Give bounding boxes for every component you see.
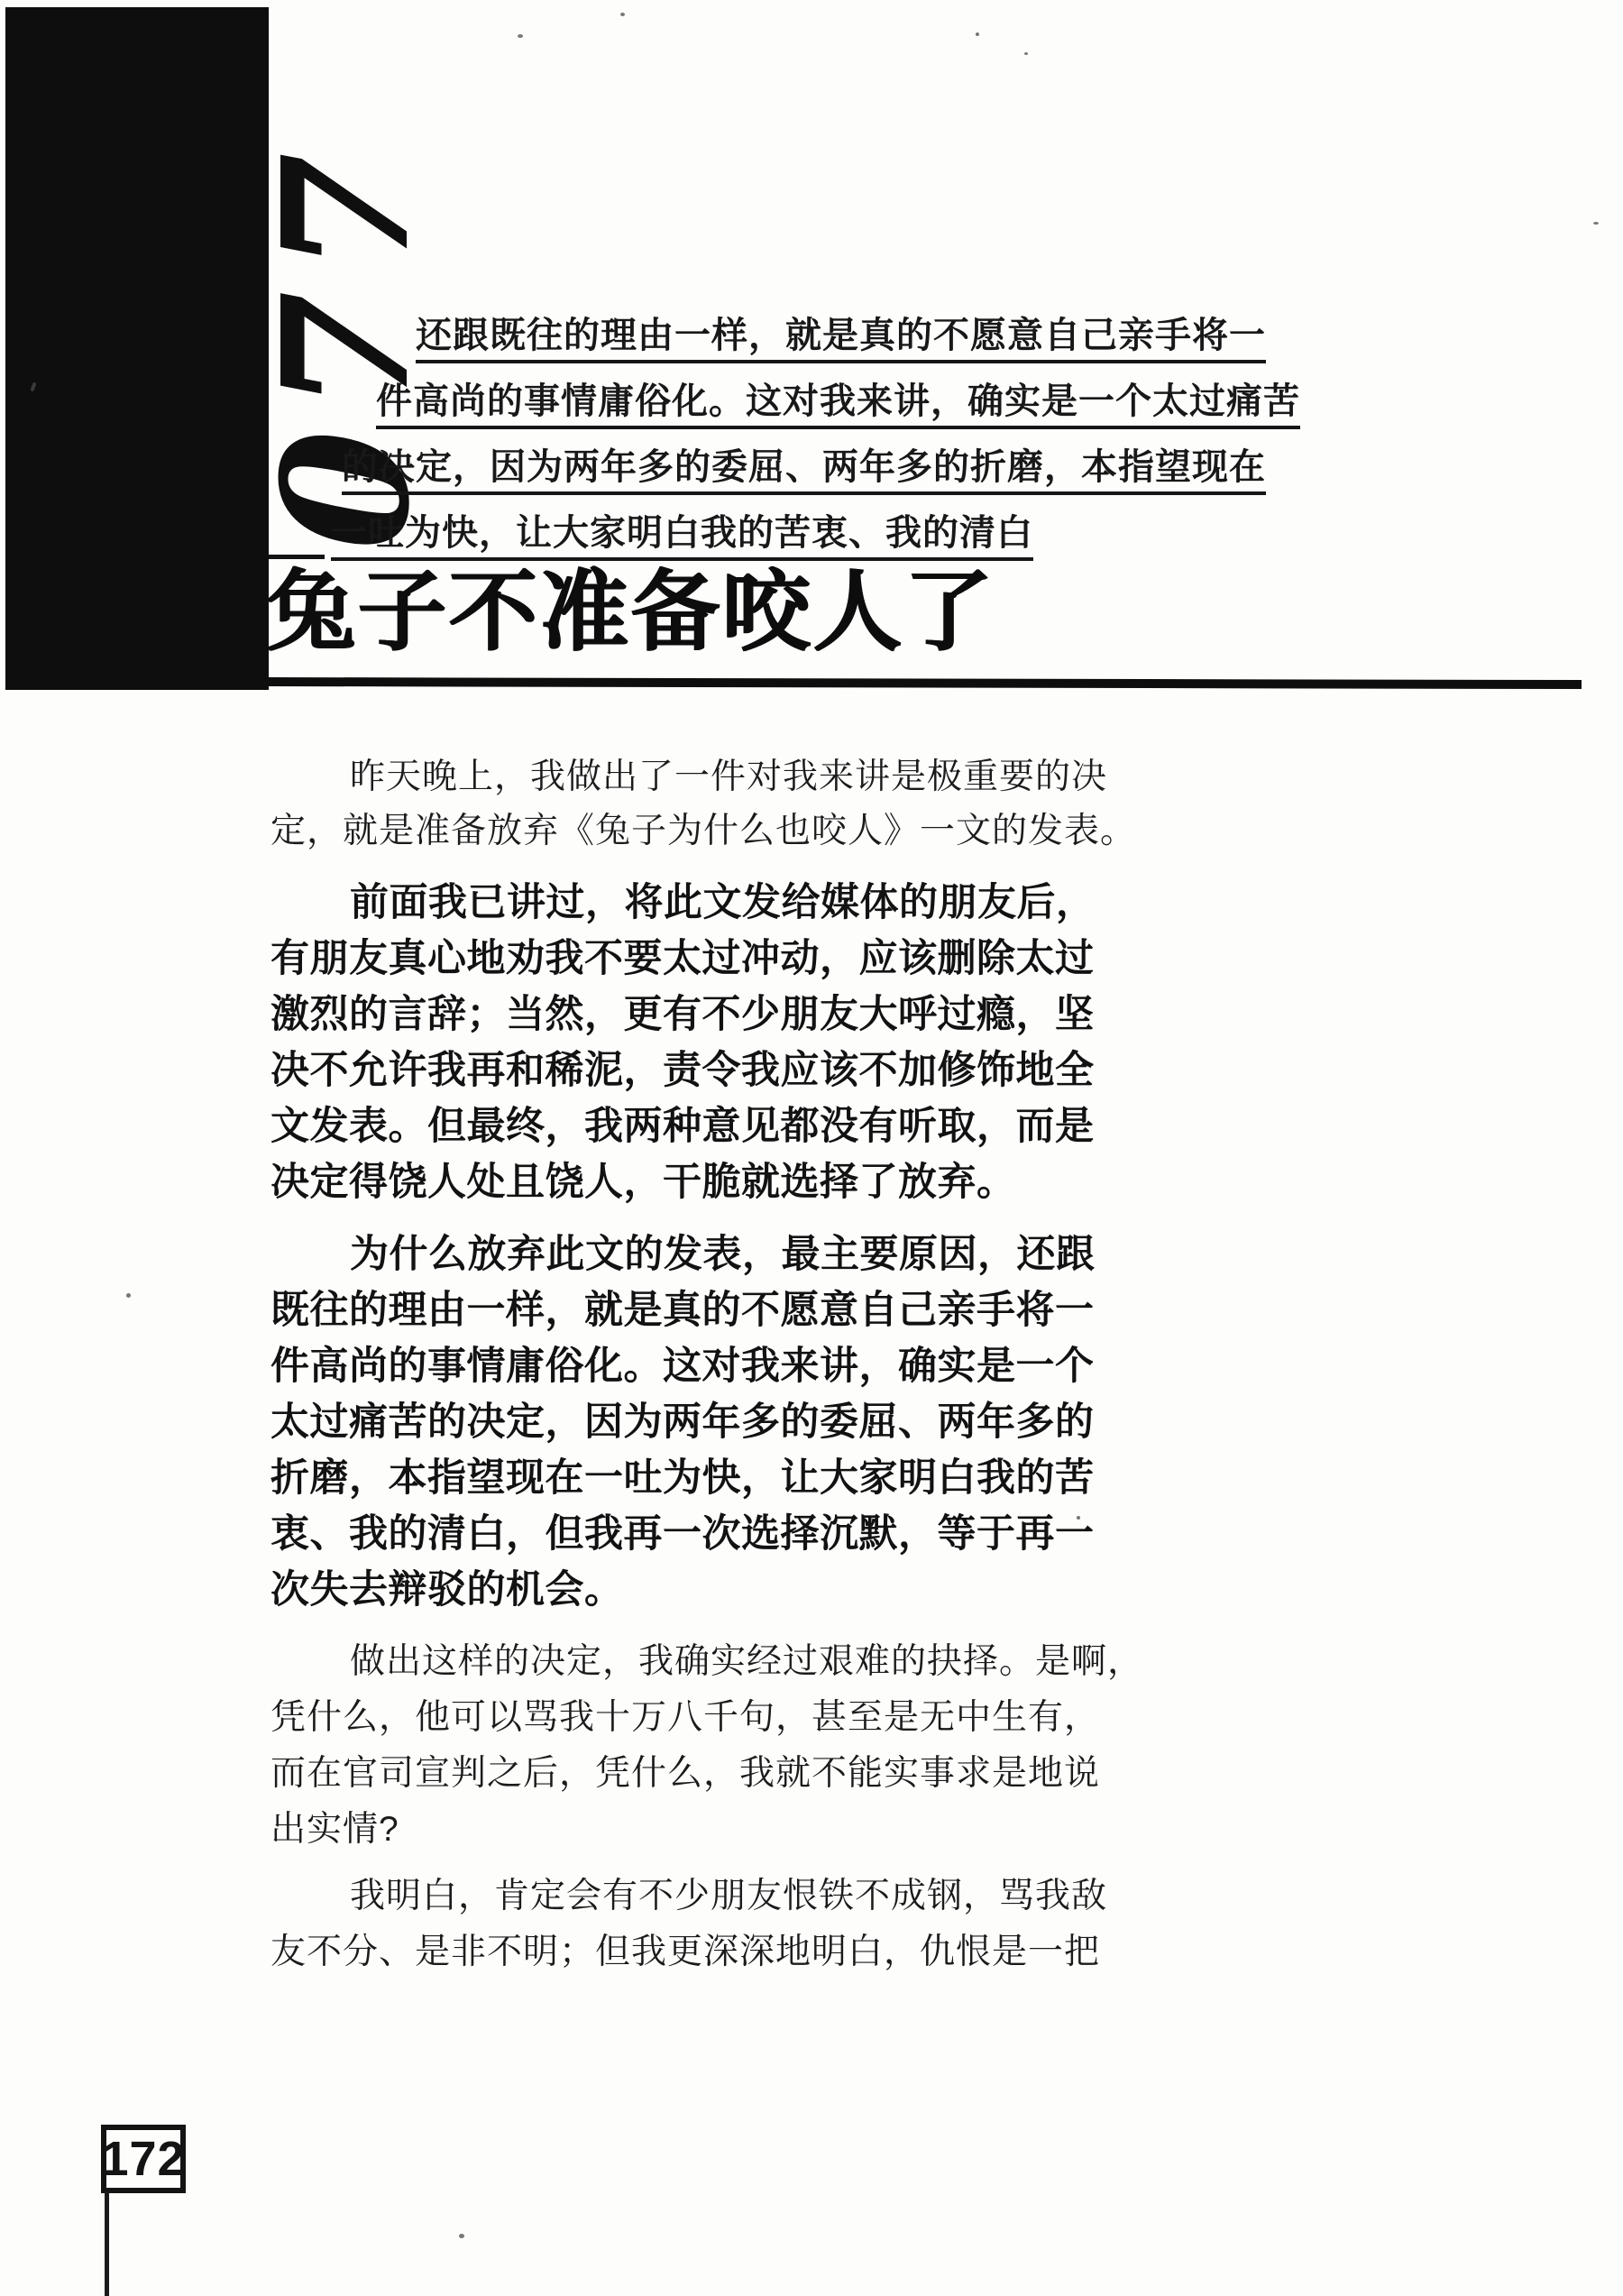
lede-line: 还跟既往的理由一样，就是真的不愿意自己亲手将一 — [416, 316, 1266, 363]
text-line: 有朋友真心地劝我不要太过冲动，应该删除太过 — [270, 931, 1096, 987]
text-line: 折磨，本指望现在一吐为快，让大家明白我的苦 — [270, 1450, 1096, 1506]
scan-speck — [126, 1293, 131, 1298]
text-line: 衷、我的清白，但我再一次选择沉默，等于再一 — [270, 1506, 1096, 1562]
text-line: 次失去辩驳的机会。 — [270, 1562, 1096, 1618]
scan-speck — [518, 34, 523, 38]
paragraph: 做出这样的决定，我确实经过艰难的抉择。是啊， 凭什么，他可以骂我十万八千句，甚至… — [270, 1634, 1143, 1858]
lede-lead-rule — [269, 555, 325, 559]
text-line: 激烈的言辞；当然，更有不少朋友大呼过瘾，坚 — [270, 987, 1096, 1042]
text-line: 为什么放弃此文的发表，最主要原因，还跟 — [270, 1226, 1096, 1282]
scan-speck — [459, 2234, 464, 2238]
title-rule — [263, 677, 1582, 689]
text-line: 昨天晚上，我做出了一件对我来讲是极重要的决 — [270, 750, 1136, 804]
text-line: 件高尚的事情庸俗化。这对我来讲，确实是一个 — [270, 1338, 1096, 1394]
paragraph: 我明白，肯定会有不少朋友恨铁不成钢，骂我敌 友不分、是非不明；但我更深深地明白，… — [270, 1869, 1107, 1980]
text-line: 出实情? — [270, 1802, 1143, 1858]
chapter-title: 兔子不准备咬人了 — [267, 566, 995, 660]
lede-quote: 还跟既往的理由一样，就是真的不愿意自己亲手将一 件高尚的事情庸俗化。这对我来讲，… — [329, 316, 1300, 579]
text-line: 文发表。但最终，我两种意见都没有听取，而是 — [270, 1098, 1096, 1154]
page-number: 172 — [101, 2131, 185, 2187]
scan-speck — [1077, 1516, 1080, 1520]
lede-line: 一吐为快，让大家明白我的苦衷、我的清白 — [331, 513, 1033, 561]
text-line: 前面我已讲过，将此文发给媒体的朋友后， — [270, 875, 1096, 931]
paragraph: 前面我已讲过，将此文发给媒体的朋友后， 有朋友真心地劝我不要太过冲动，应该删除太… — [270, 875, 1096, 1210]
text-line: 凭什么，他可以骂我十万八千句，甚至是无中生有， — [270, 1690, 1143, 1746]
text-line: 我明白，肯定会有不少朋友恨铁不成钢，骂我敌 — [270, 1869, 1107, 1924]
text-line: 而在官司宣判之后，凭什么，我就不能实事求是地说 — [270, 1746, 1143, 1802]
scan-speck — [1024, 52, 1028, 55]
text-line: 决定得饶人处且饶人，干脆就选择了放弃。 — [270, 1154, 1096, 1210]
text-line: 友不分、是非不明；但我更深深地明白，仇恨是一把 — [270, 1924, 1107, 1980]
paragraph: 昨天晚上，我做出了一件对我来讲是极重要的决 定，就是准备放弃《兔子为什么也咬人》… — [270, 750, 1136, 859]
margin-line — [105, 2191, 109, 2296]
text-line: 决不允许我再和稀泥，责令我应该不加修饰地全 — [270, 1042, 1096, 1098]
text-line: 做出这样的决定，我确实经过艰难的抉择。是啊， — [270, 1634, 1143, 1690]
chapter-block — [5, 7, 269, 690]
text-line: 既往的理由一样，就是真的不愿意自己亲手将一 — [270, 1282, 1096, 1338]
scan-speck — [976, 32, 979, 36]
text-line: 太过痛苦的决定，因为两年多的委屈、两年多的 — [270, 1394, 1096, 1450]
page-number-box: 172 — [101, 2125, 186, 2193]
text-line: 定，就是准备放弃《兔子为什么也咬人》一文的发表。 — [270, 804, 1136, 859]
scan-speck — [620, 13, 625, 16]
paragraph: 为什么放弃此文的发表，最主要原因，还跟 既往的理由一样，就是真的不愿意自己亲手将… — [270, 1226, 1096, 1618]
scan-speck — [1593, 222, 1599, 225]
lede-line: 件高尚的事情庸俗化。这对我来讲，确实是一个太过痛苦 — [376, 381, 1300, 429]
book-page-scan: 077 还跟既往的理由一样，就是真的不愿意自己亲手将一 件高尚的事情庸俗化。这对… — [0, 0, 1623, 2296]
lede-line: 的决定，因为两年多的委屈、两年多的折磨，本指望现在 — [342, 447, 1266, 495]
